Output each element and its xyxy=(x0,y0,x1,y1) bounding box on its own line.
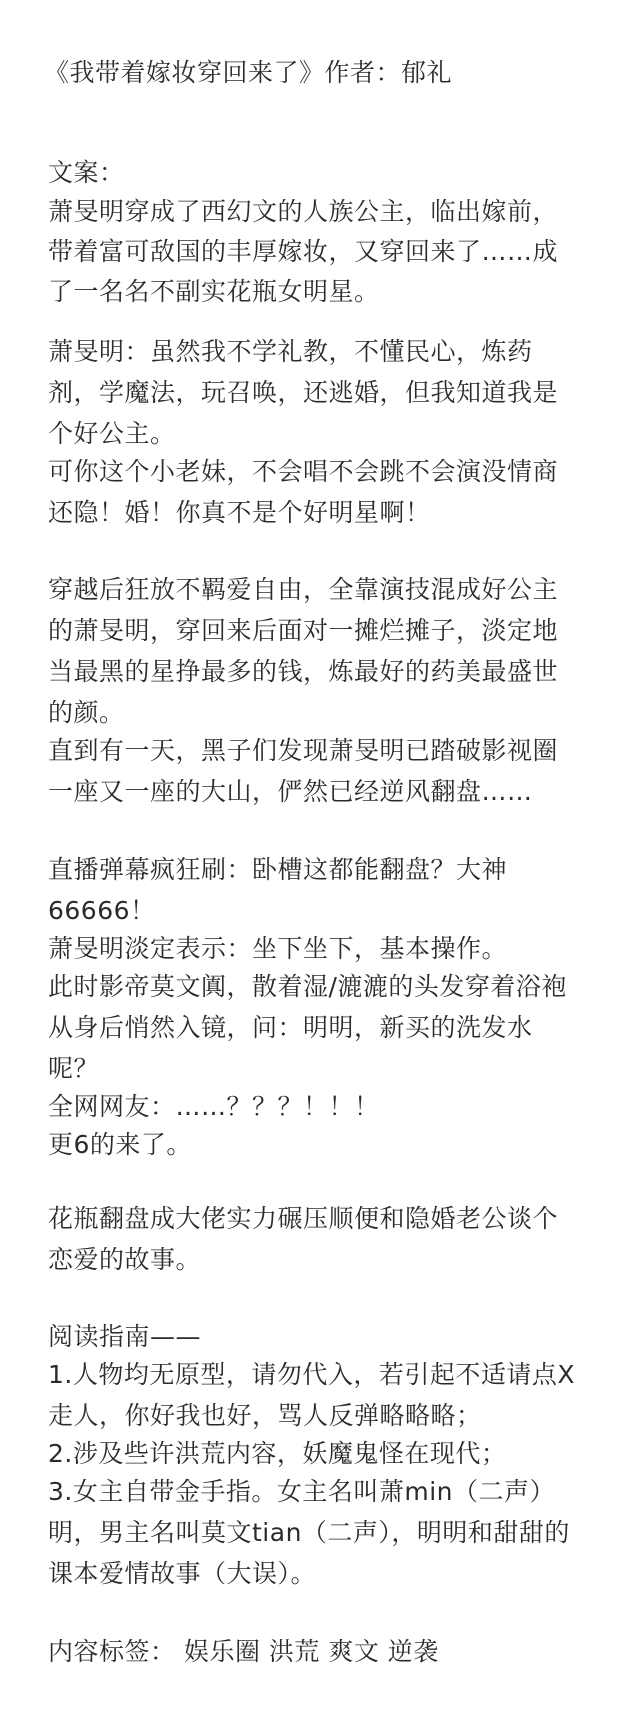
text-line: 可你这个小老妹，不会唱不会跳不会演没情商 xyxy=(48,457,558,487)
text-line: 萧旻明穿成了西幻文的人族公主，临出嫁前， xyxy=(48,197,558,227)
text-line: 带着富可敌国的丰厚嫁妆，又穿回来了……成 xyxy=(48,237,558,267)
text-line: 萧旻明：虽然我不学礼教，不懂民心，炼药 xyxy=(48,337,533,367)
text-line: 的萧旻明，穿回来后面对一摊烂摊子，淡定地 xyxy=(48,616,558,646)
text-line: 呢？ xyxy=(48,1054,99,1084)
text-line: 了一名名不副实花瓶女明星。 xyxy=(48,277,380,307)
text-line: 穿越后狂放不羁爱自由，全靠演技混成好公主 xyxy=(48,575,558,605)
text-line: 的颜。 xyxy=(48,698,125,728)
text-line: 明，男主名叫莫文tian（二声），明明和甜甜的 xyxy=(48,1518,570,1548)
text-line: 剂，学魔法，玩召唤，还逃婚，但我知道我是 xyxy=(48,378,558,408)
content-tags: 内容标签： 娱乐圈 洪荒 爽文 逆袭 xyxy=(48,1637,439,1667)
text-line: 萧旻明淡定表示：坐下坐下，基本操作。 xyxy=(48,934,507,964)
text-line: 课本爱情故事（大误）。 xyxy=(48,1559,316,1589)
text-line: 一座又一座的大山，俨然已经逆风翻盘…… xyxy=(48,777,533,807)
text-line: 从身后悄然入镜，问：明明，新买的洗发水 xyxy=(48,1013,533,1043)
text-line: 当最黑的星挣最多的钱，炼最好的药美最盛世 xyxy=(48,657,558,687)
text-line: 全网网友：……？？？！！！ xyxy=(48,1092,380,1122)
synopsis-document: 《我带着嫁妆穿回来了》作者：郁礼 文案：萧旻明穿成了西幻文的人族公主，临出嫁前，… xyxy=(0,0,640,1723)
text-line: 66666！ xyxy=(48,896,156,926)
text-line: 走人，你好我也好，骂人反弹略略略； xyxy=(48,1401,482,1431)
text-line: 阅读指南—— xyxy=(48,1322,201,1352)
text-line: 1.人物均无原型，请勿代入，若引起不适请点X xyxy=(48,1360,575,1390)
text-line: 花瓶翻盘成大佬实力碾压顺便和隐婚老公谈个 xyxy=(48,1204,558,1234)
text-line: 直到有一天，黑子们发现萧旻明已踏破影视圈 xyxy=(48,736,558,766)
text-line: 个好公主。 xyxy=(48,419,176,449)
text-line: 直播弹幕疯狂刷：卧槽这都能翻盘？大神 xyxy=(48,855,507,885)
text-line: 2.涉及些许洪荒内容，妖魔鬼怪在现代； xyxy=(48,1439,506,1469)
text-line: 更6的来了。 xyxy=(48,1130,192,1160)
text-line: 文案： xyxy=(48,158,125,188)
book-title-author: 《我带着嫁妆穿回来了》作者：郁礼 xyxy=(44,58,452,88)
text-line: 还隐！婚！你真不是个好明星啊！ xyxy=(48,498,431,528)
text-line: 3.女主自带金手指。女主名叫萧min（二声） xyxy=(48,1477,555,1507)
text-line: 此时影帝莫文阗，散着湿/漉漉的头发穿着浴袍 xyxy=(48,972,567,1002)
text-line: 恋爱的故事。 xyxy=(48,1245,201,1275)
